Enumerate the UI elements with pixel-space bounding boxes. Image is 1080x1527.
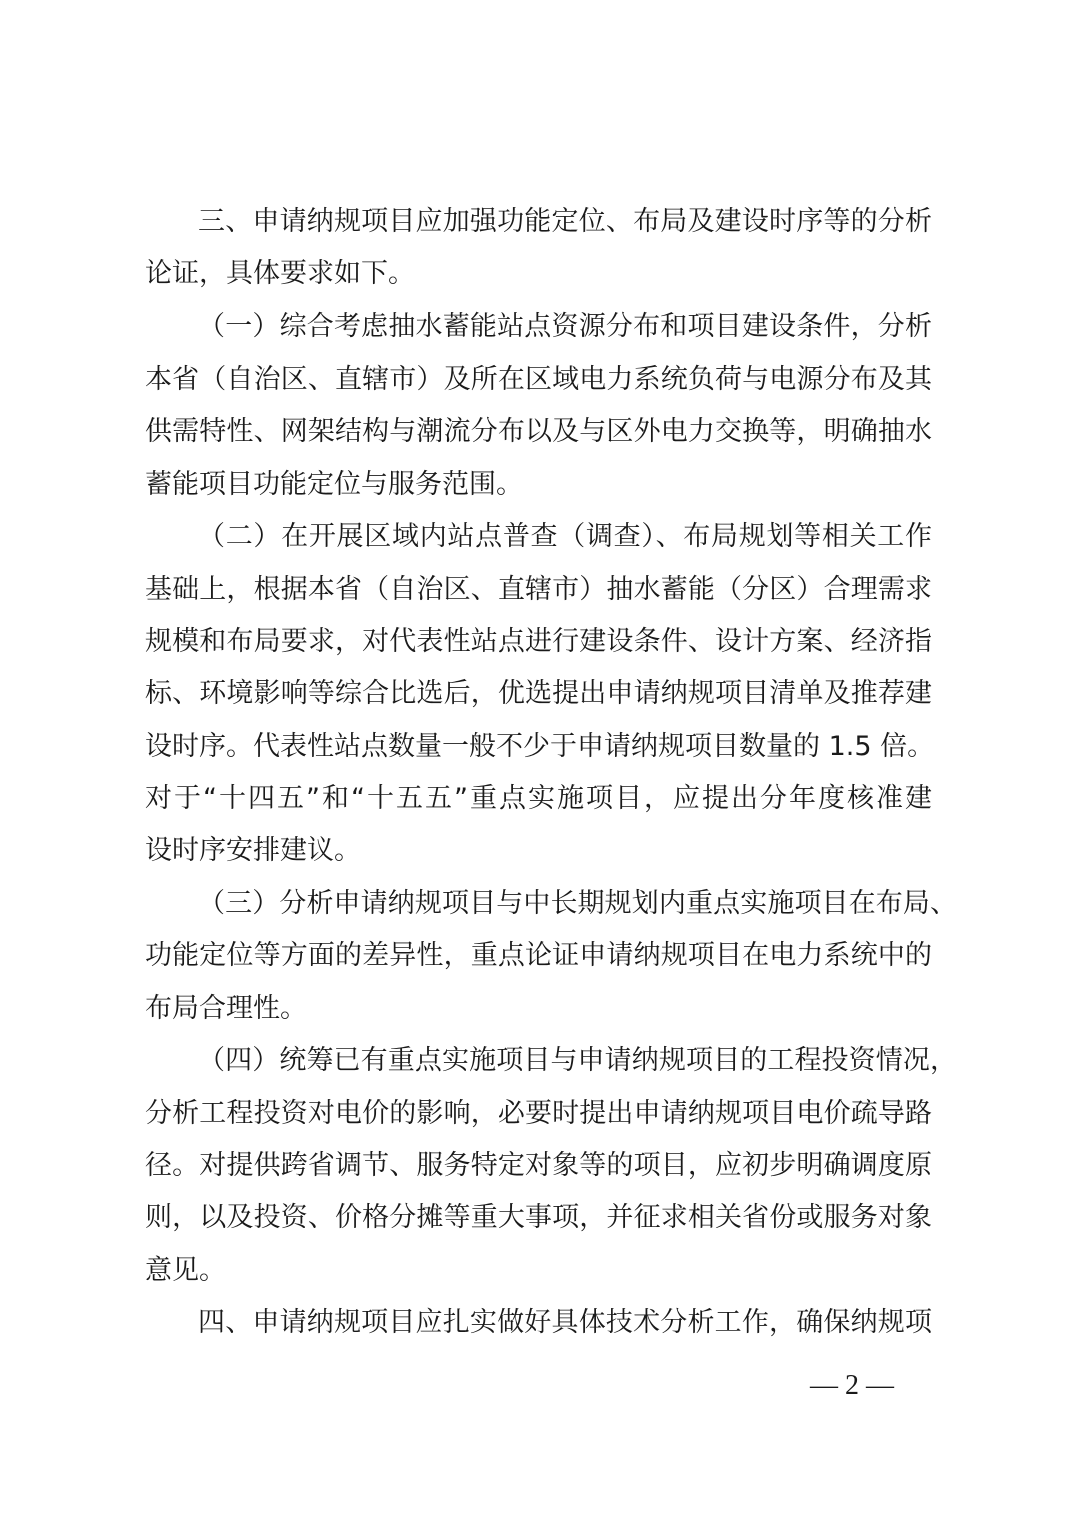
text-line: 意见。: [145, 1251, 932, 1291]
text-line: 设时序。代表性站点数量一般不少于申请纳规项目数量的 1.5 倍。: [145, 727, 932, 767]
text-line: 供需特性、网架结构与潮流分布以及与区外电力交换等，明确抽水: [145, 412, 932, 452]
document-page: 三、申请纳规项目应加强功能定位、布局及建设时序等的分析 论证，具体要求如下。 （…: [0, 0, 1080, 1527]
text-line: 论证，具体要求如下。: [145, 254, 932, 294]
text-line: 设时序安排建议。: [145, 831, 932, 871]
text-line: 对于“十四五”和“十五五”重点实施项目，应提出分年度核准建: [145, 779, 932, 819]
text-line: 蓄能项目功能定位与服务范围。: [145, 465, 932, 505]
text-line: 四、申请纳规项目应扎实做好具体技术分析工作，确保纳规项: [198, 1303, 932, 1343]
text-line: （三）分析申请纳规项目与中长期规划内重点实施项目在布局、: [198, 884, 957, 924]
text-line: 分析工程投资对电价的影响，必要时提出申请纳规项目电价疏导路: [145, 1094, 932, 1134]
text-line: 基础上，根据本省（自治区、直辖市）抽水蓄能（分区）合理需求: [145, 570, 932, 610]
text-line: （一）综合考虑抽水蓄能站点资源分布和项目建设条件，分析: [198, 307, 932, 347]
text-line: 规模和布局要求，对代表性站点进行建设条件、设计方案、经济指: [145, 622, 932, 662]
page-number: — 2 —: [810, 1366, 894, 1406]
text-line: 本省（自治区、直辖市）及所在区域电力系统负荷与电源分布及其: [145, 360, 932, 400]
text-line: （二）在开展区域内站点普查（调查）、布局规划等相关工作: [198, 517, 932, 557]
text-line: 功能定位等方面的差异性，重点论证申请纳规项目在电力系统中的: [145, 936, 932, 976]
text-line: 则，以及投资、价格分摊等重大事项，并征求相关省份或服务对象: [145, 1198, 932, 1238]
text-line: 径。对提供跨省调节、服务特定对象等的项目，应初步明确调度原: [145, 1146, 932, 1186]
text-line: 布局合理性。: [145, 989, 932, 1029]
text-line: 三、申请纳规项目应加强功能定位、布局及建设时序等的分析: [198, 202, 932, 242]
text-line: （四）统筹已有重点实施项目与申请纳规项目的工程投资情况，: [198, 1041, 957, 1081]
text-line: 标、环境影响等综合比选后，优选提出申请纳规项目清单及推荐建: [145, 674, 932, 714]
